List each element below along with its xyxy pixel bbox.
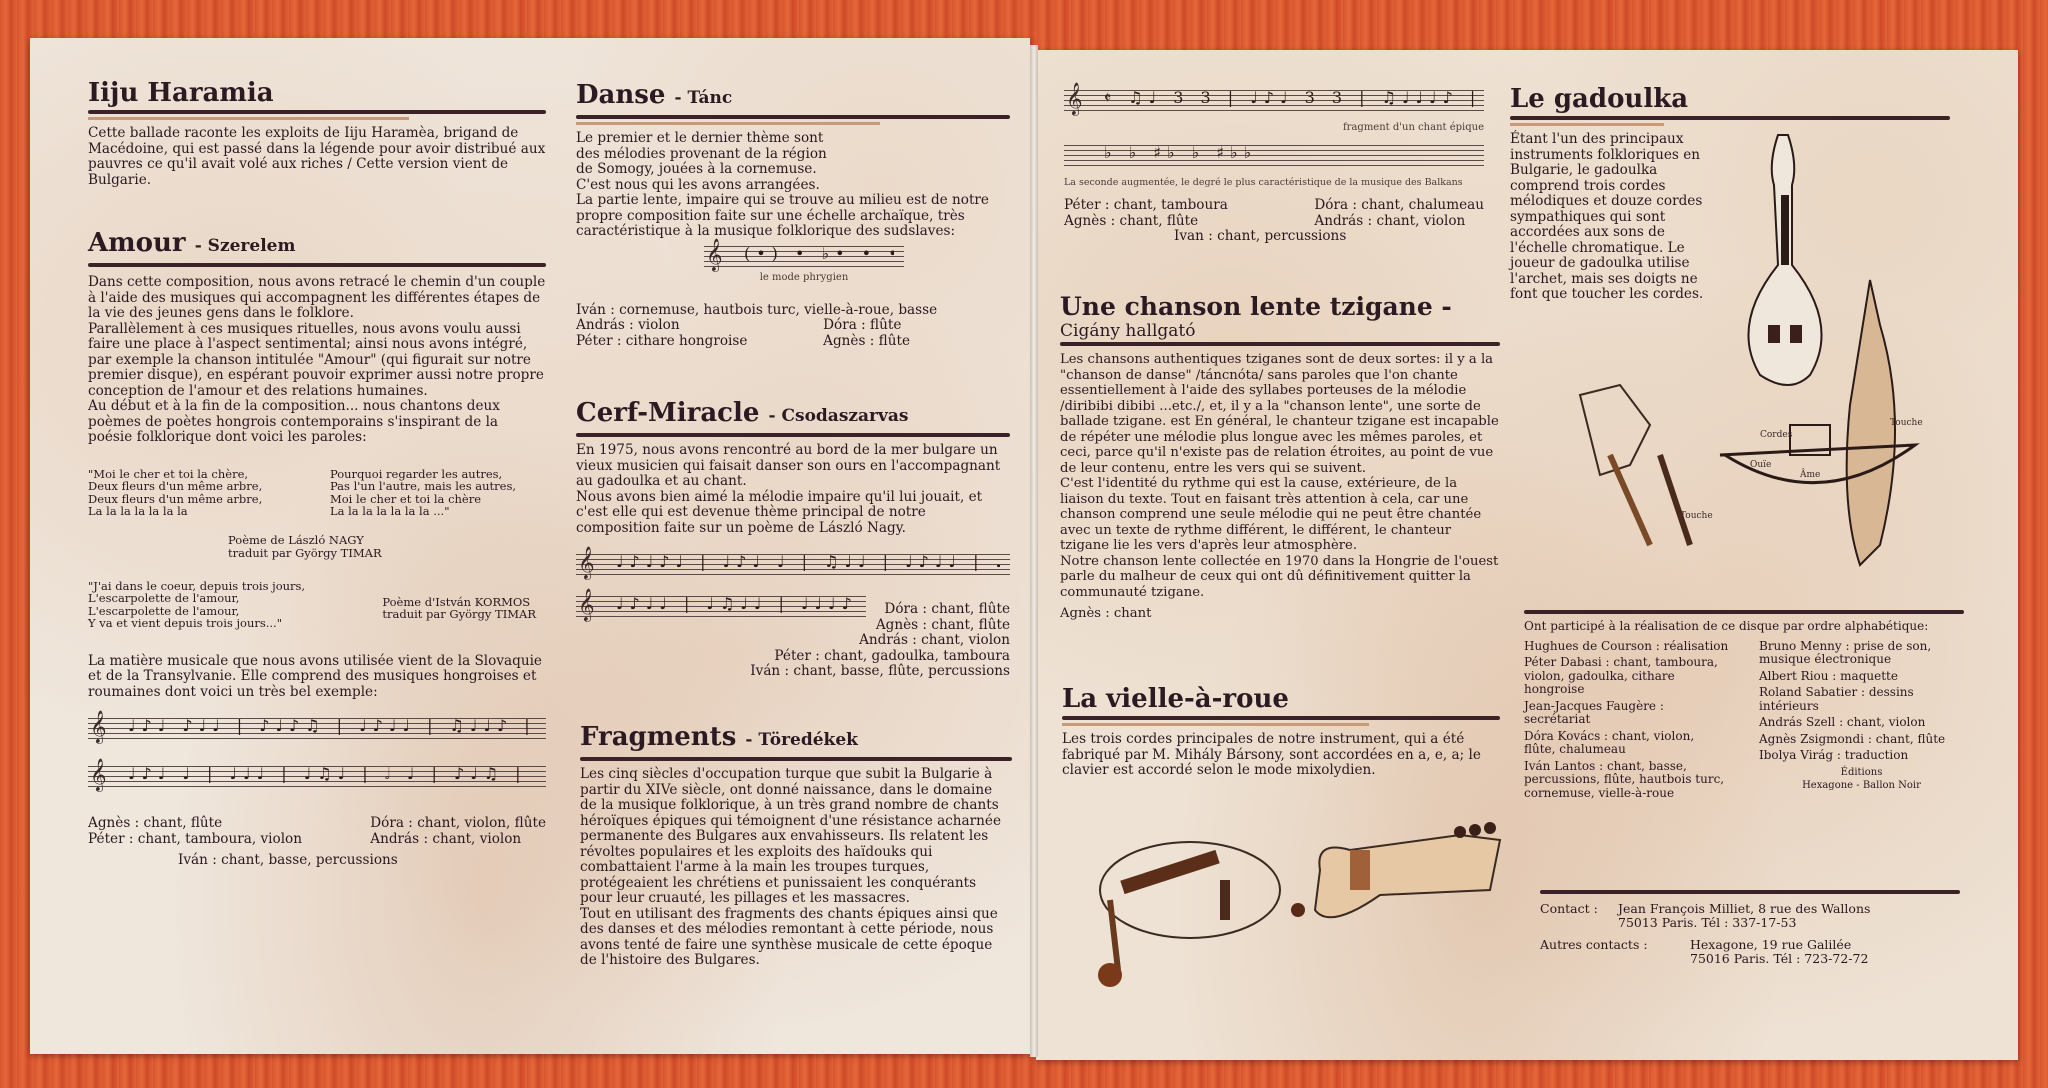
credit-entry: Jean-Jacques Faugère : secrétariat [1524,700,1729,727]
staff-caption: La seconde augmentée, le degré le plus c… [1064,177,1484,188]
title-rule [580,757,1012,761]
paragraph: La partie lente, impaire qui se trouve a… [576,193,1010,240]
contact-address: Jean François Milliet, 8 rue des Wallons… [1618,902,1870,930]
paragraph: C'est l'identité du rythme qui est la ca… [1060,476,1500,554]
contact-address: Hexagone, 19 rue Galilée 75016 Paris. Té… [1690,938,1868,966]
paragraph: Notre chanson lente collectée en 1970 da… [1060,554,1500,601]
treble-clef-icon: 𝄞 [1066,82,1083,116]
treble-clef-icon: 𝄞 [90,758,107,792]
address-line: 75013 Paris. Tél : 337-17-53 [1618,916,1870,930]
staff-notes: (•) • ♭• • • • [744,244,894,263]
cerf-bottom: 𝄞 ♩♪♩♩ | ♩♫♩♩ | ♩♩♩♪ | ♩ ♪♩ ‖ Dóra : cha… [576,596,1010,622]
credit-line: Poème de László NAGY [228,534,546,547]
other-contact-row: Autres contacts : Hexagone, 19 rue Galil… [1540,938,1960,966]
section-amour: Amour - Szerelem Dans cette composition,… [88,228,546,869]
performer: András : chant, violon [370,832,546,848]
poem-2-credit: Poème d'István KORMOS traduit par György… [382,596,536,630]
section-body: Cette ballade raconte les exploits de Ii… [88,126,546,188]
section-credits: Ont participé à la réalisation de ce dis… [1524,608,1964,803]
performer: Iván : cornemuse, hautbois turc, vielle-… [576,303,1010,319]
contact-rule [1540,890,1960,894]
credit-entry: Agnès Zsigmondi : chant, flûte [1759,733,1964,747]
staff-notes: ♭ ♭ ♯♭ ♭ ♯♭♭ [1104,143,1474,162]
performer: Dóra : chant, chalumeau [1314,198,1484,214]
section-chanson-lente: Une chanson lente tzigane - Cigány hallg… [1060,292,1500,622]
publisher-name: Hexagone - Ballon Noir [1759,779,1964,793]
performer: Agnès : chant, flûte [88,816,302,832]
credit-entry: Dóra Kovács : chant, violon, flûte, chal… [1524,730,1729,757]
closing-paragraph: La matière musicale que nous avons utili… [88,654,546,701]
epic-song-staff: 𝄞 𝄵 ♫♩ 3 3 | ♩♪♩ 3 3 | ♫♩♩♩♪ | ♫♩♩3 ‖ [1064,90,1484,116]
performer: Agnès : chant, flûte [750,618,1010,634]
section-iju-haramia: Iiju Haramia Cette ballade raconte les e… [88,78,546,188]
performers-right: Dóra : chant, chalumeau András : chant, … [1314,198,1484,229]
paragraph: Les chansons authentiques tziganes sont … [1060,352,1500,476]
performers: Agnès : chant, flûte Péter : chant, tamb… [88,816,546,847]
credit-entry: Bruno Menny : prise de son, musique élec… [1759,640,1964,667]
credit-entry: Albert Riou : maquette [1759,670,1964,684]
section-danse: Danse - Tánc Le premier et le dernier th… [576,80,1010,349]
section-title: Danse - Tánc [576,80,1010,113]
performers-left: András : violon Péter : cithare hongrois… [576,318,747,349]
verse: La la la la la la la [88,505,262,518]
performer: András : chant, violon [1314,214,1484,230]
section-fragments: Fragments - Töredékek Les cinq siècles d… [580,722,1012,969]
performer: Agnès : chant, flûte [1064,214,1228,230]
performer: Péter : chant, tamboura [1064,198,1228,214]
section-title: La vielle-à-roue [1062,684,1500,714]
title-sub: - Szerelem [195,236,296,256]
address-line: Jean François Milliet, 8 rue des Wallons [1618,902,1870,916]
mode-caption: le mode phrygien [704,272,904,283]
performer: Dóra : flûte [823,318,910,334]
performers-left: Agnès : chant, flûte Péter : chant, tamb… [88,816,302,847]
performer: Iván : chant, basse, flûte, percussions [750,664,1010,680]
performers-left: Péter : chant, tamboura Agnès : chant, f… [1064,198,1228,229]
performer: Dóra : chant, flûte [750,602,1010,618]
section-body: Les chansons authentiques tziganes sont … [1060,352,1500,622]
poem-2-verses: "J'ai dans le coeur, depuis trois jours,… [88,580,305,630]
section-contact: Contact : Jean François Milliet, 8 rue d… [1540,888,1960,966]
paragraph: C'est nous qui les avons arrangées. [576,178,1010,194]
contact-label: Contact : [1540,902,1618,930]
title-sub: - Töredékek [745,730,858,750]
credits-rule [1524,610,1964,614]
treble-clef-icon: 𝄞 [578,546,595,580]
title-main: Danse [576,80,665,110]
paragraph: Au début et à la fin de la composition..… [88,399,546,446]
poem-2: "J'ai dans le coeur, depuis trois jours,… [88,580,546,630]
title-sub: - Csodaszarvas [769,406,909,426]
staff-notes: ♩♪♩♪♩ | ♩♪♩ ♩ | ♫♩♩ | ♩♪♩♩ | ♩♩♩ ♩ | ♫♩♩… [616,552,1000,571]
credit-entry: Roland Sabatier : dessins intérieurs [1759,686,1964,713]
paragraph: Le premier et le dernier thème sont des … [576,131,836,178]
credit-line: traduit par György TIMAR [382,608,536,621]
verse: Pas l'un l'autre, mais les autres, [330,480,516,493]
credit-entry: Hughues de Courson : réalisation [1524,640,1729,654]
section-body: Le premier et le dernier thème sont des … [576,131,1010,240]
performer: Péter : chant, gadoulka, tamboura [750,649,1010,665]
performer: Iván : chant, basse, percussions [178,853,546,869]
diagram-label: Âme [1799,468,1820,480]
title-rule [88,263,546,267]
address-line: 75016 Paris. Tél : 723-72-72 [1690,952,1868,966]
paragraph: Tout en utilisant des fragments des chan… [580,907,1012,969]
section-title: Une chanson lente tzigane - [1060,292,1500,322]
title-rule [1060,342,1500,346]
poem-1: "Moi le cher et toi la chère, Deux fleur… [88,468,546,518]
gadoulka-illustration: Cordes Ouïe Âme Touche Touche [1560,125,1940,605]
title-rule-accent [576,122,880,125]
title-rule-accent [1062,723,1369,726]
section-vielle-a-roue: La vielle-à-roue Les trois cordes princi… [1062,684,1500,779]
performers-right: Dóra : chant, violon, flûte András : cha… [370,816,546,847]
credit-entry: Ibolya Virág : traduction [1759,749,1964,763]
contact-label: Autres contacts : [1540,938,1690,966]
performer: Dóra : chant, violon, flûte [370,816,546,832]
paragraph: Nous avons bien aimé la mélodie impaire … [576,490,1010,537]
paragraph: Dans cette composition, nous avons retra… [88,275,546,322]
poem-1-left: "Moi le cher et toi la chère, Deux fleur… [88,468,262,518]
title-rule [1062,716,1500,720]
title-main: Cerf-Miracle [576,398,759,428]
music-staff: 𝄞 ♩♪♩ ♩ | ♩♩♩ | ♩♫♩ | 𝅗𝅥 ♩ | ♪♩♫ | ♫♩♪ |… [88,766,546,792]
mode-staff: 𝄞 (•) • ♭• • • • [704,246,904,272]
verse: Deux fleurs d'un même arbre, [88,480,262,493]
credit-entry: Iván Lantos : chant, basse, percussions,… [1524,760,1729,801]
address-line: Hexagone, 19 rue Galilée [1690,938,1868,952]
section-title: Le gadoulka [1510,84,1950,114]
paragraph: En 1975, nous avons rencontré au bord de… [576,443,1010,490]
performers-row: András : violon Péter : cithare hongrois… [576,318,1010,349]
poem-1-right: Pourquoi regarder les autres, Pas l'un l… [330,468,516,518]
title-rule [1510,116,1950,120]
diagram-label: Touche [1890,418,1923,428]
performer: Ivan : chant, percussions [1174,229,1484,245]
treble-clef-icon: 𝄞 [90,710,107,744]
performer: Agnès : chant [1060,606,1500,622]
credit-entry: Péter Dabasi : chant, tamboura, violon, … [1524,656,1729,697]
credit-entry: András Szell : chant, violon [1759,716,1964,730]
credits-left: Hughues de Courson : réalisation Péter D… [1524,640,1729,804]
diagram-label: Ouïe [1750,460,1771,470]
title-sub: - Tánc [675,88,733,108]
augmented-second-staff: ♭ ♭ ♯♭ ♭ ♯♭♭ [1064,145,1484,171]
performer: Péter : cithare hongroise [576,334,747,350]
title-rule [88,110,546,114]
performer: Agnès : flûte [823,334,910,350]
verse: Y va et vient depuis trois jours..." [88,617,305,630]
music-staff: 𝄞 ♩♪♩ ♪♩♩ | ♪♩♪♫ | ♩♪♩♩ | ♫♩♩♪ | [88,718,546,744]
credits-list: Hughues de Courson : réalisation Péter D… [1524,640,1964,804]
performers-right: Dóra : flûte Agnès : flûte [823,318,910,349]
paragraph: Les cinq siècles d'occupation turque que… [580,767,1012,907]
performer: András : chant, violon [750,633,1010,649]
performer: Péter : chant, tamboura, violon [88,832,302,848]
contact-row: Contact : Jean François Milliet, 8 rue d… [1540,902,1960,930]
hurdy-gurdy-illustration [1080,810,1510,1000]
diagram-label: Touche [1680,511,1713,521]
fragments-performers: Péter : chant, tamboura Agnès : chant, f… [1064,198,1484,229]
section-title: Iiju Haramia [88,78,546,108]
treble-clef-icon: 𝄞 [706,238,723,272]
performer: András : violon [576,318,747,334]
section-subtitle: Cigány hallgató [1060,322,1500,340]
title-rule-accent [88,117,409,120]
poem-1-credit: Poème de László NAGY traduit par György … [228,534,546,560]
section-body: En 1975, nous avons rencontré au bord de… [576,443,1010,536]
diagram-label: Cordes [1760,430,1793,440]
booklet-fold [1030,45,1038,1057]
publisher-label: Éditions [1759,766,1964,780]
credits-intro: Ont participé à la réalisation de ce dis… [1524,620,1964,634]
verse: La la la la la la la ..." [330,505,516,518]
title-rule [576,115,1010,119]
verse: L'escarpolette de l'amour, [88,592,305,605]
performers: Iván : cornemuse, hautbois turc, vielle-… [576,303,1010,350]
credits-right: Bruno Menny : prise de son, musique élec… [1759,640,1964,804]
section-title: Cerf-Miracle - Csodaszarvas [576,398,1010,431]
performers: Dóra : chant, flûte Agnès : chant, flûte… [750,602,1010,680]
section-body: Les cinq siècles d'occupation turque que… [580,767,1012,969]
fragment-music-examples: 𝄞 𝄵 ♫♩ 3 3 | ♩♪♩ 3 3 | ♫♩♩♩♪ | ♫♩♩3 ‖ fr… [1064,84,1484,245]
section-title: Fragments - Töredékek [580,722,1012,755]
staff-caption: fragment d'un chant épique [1064,122,1484,133]
staff-notes: ♩♪♩ ♪♩♩ | ♪♩♪♫ | ♩♪♩♩ | ♫♩♩♪ | [128,716,536,735]
section-title: Amour - Szerelem [88,228,546,261]
staff-notes: ♩♪♩ ♩ | ♩♩♩ | ♩♫♩ | 𝅗𝅥 ♩ | ♪♩♫ | ♫♩♪ | ♩… [128,764,536,784]
staff-notes: 𝄵 ♫♩ 3 3 | ♩♪♩ 3 3 | ♫♩♩♩♪ | ♫♩♩3 ‖ [1104,88,1474,108]
treble-clef-icon: 𝄞 [578,588,595,622]
paragraph: Parallèlement à ces musiques rituelles, … [88,322,546,400]
credit-line: traduit par György TIMAR [228,547,546,560]
section-body: Dans cette composition, nous avons retra… [88,275,546,446]
title-main: Amour [88,228,186,258]
title-main: Fragments [580,722,736,752]
music-staff: 𝄞 ♩♪♩♪♩ | ♩♪♩ ♩ | ♫♩♩ | ♩♪♩♩ | ♩♩♩ ♩ | ♫… [576,554,1010,580]
title-rule [576,433,1010,437]
section-cerf-miracle: Cerf-Miracle - Csodaszarvas En 1975, nou… [576,398,1010,628]
section-body: Les trois cordes principales de notre in… [1062,732,1500,779]
